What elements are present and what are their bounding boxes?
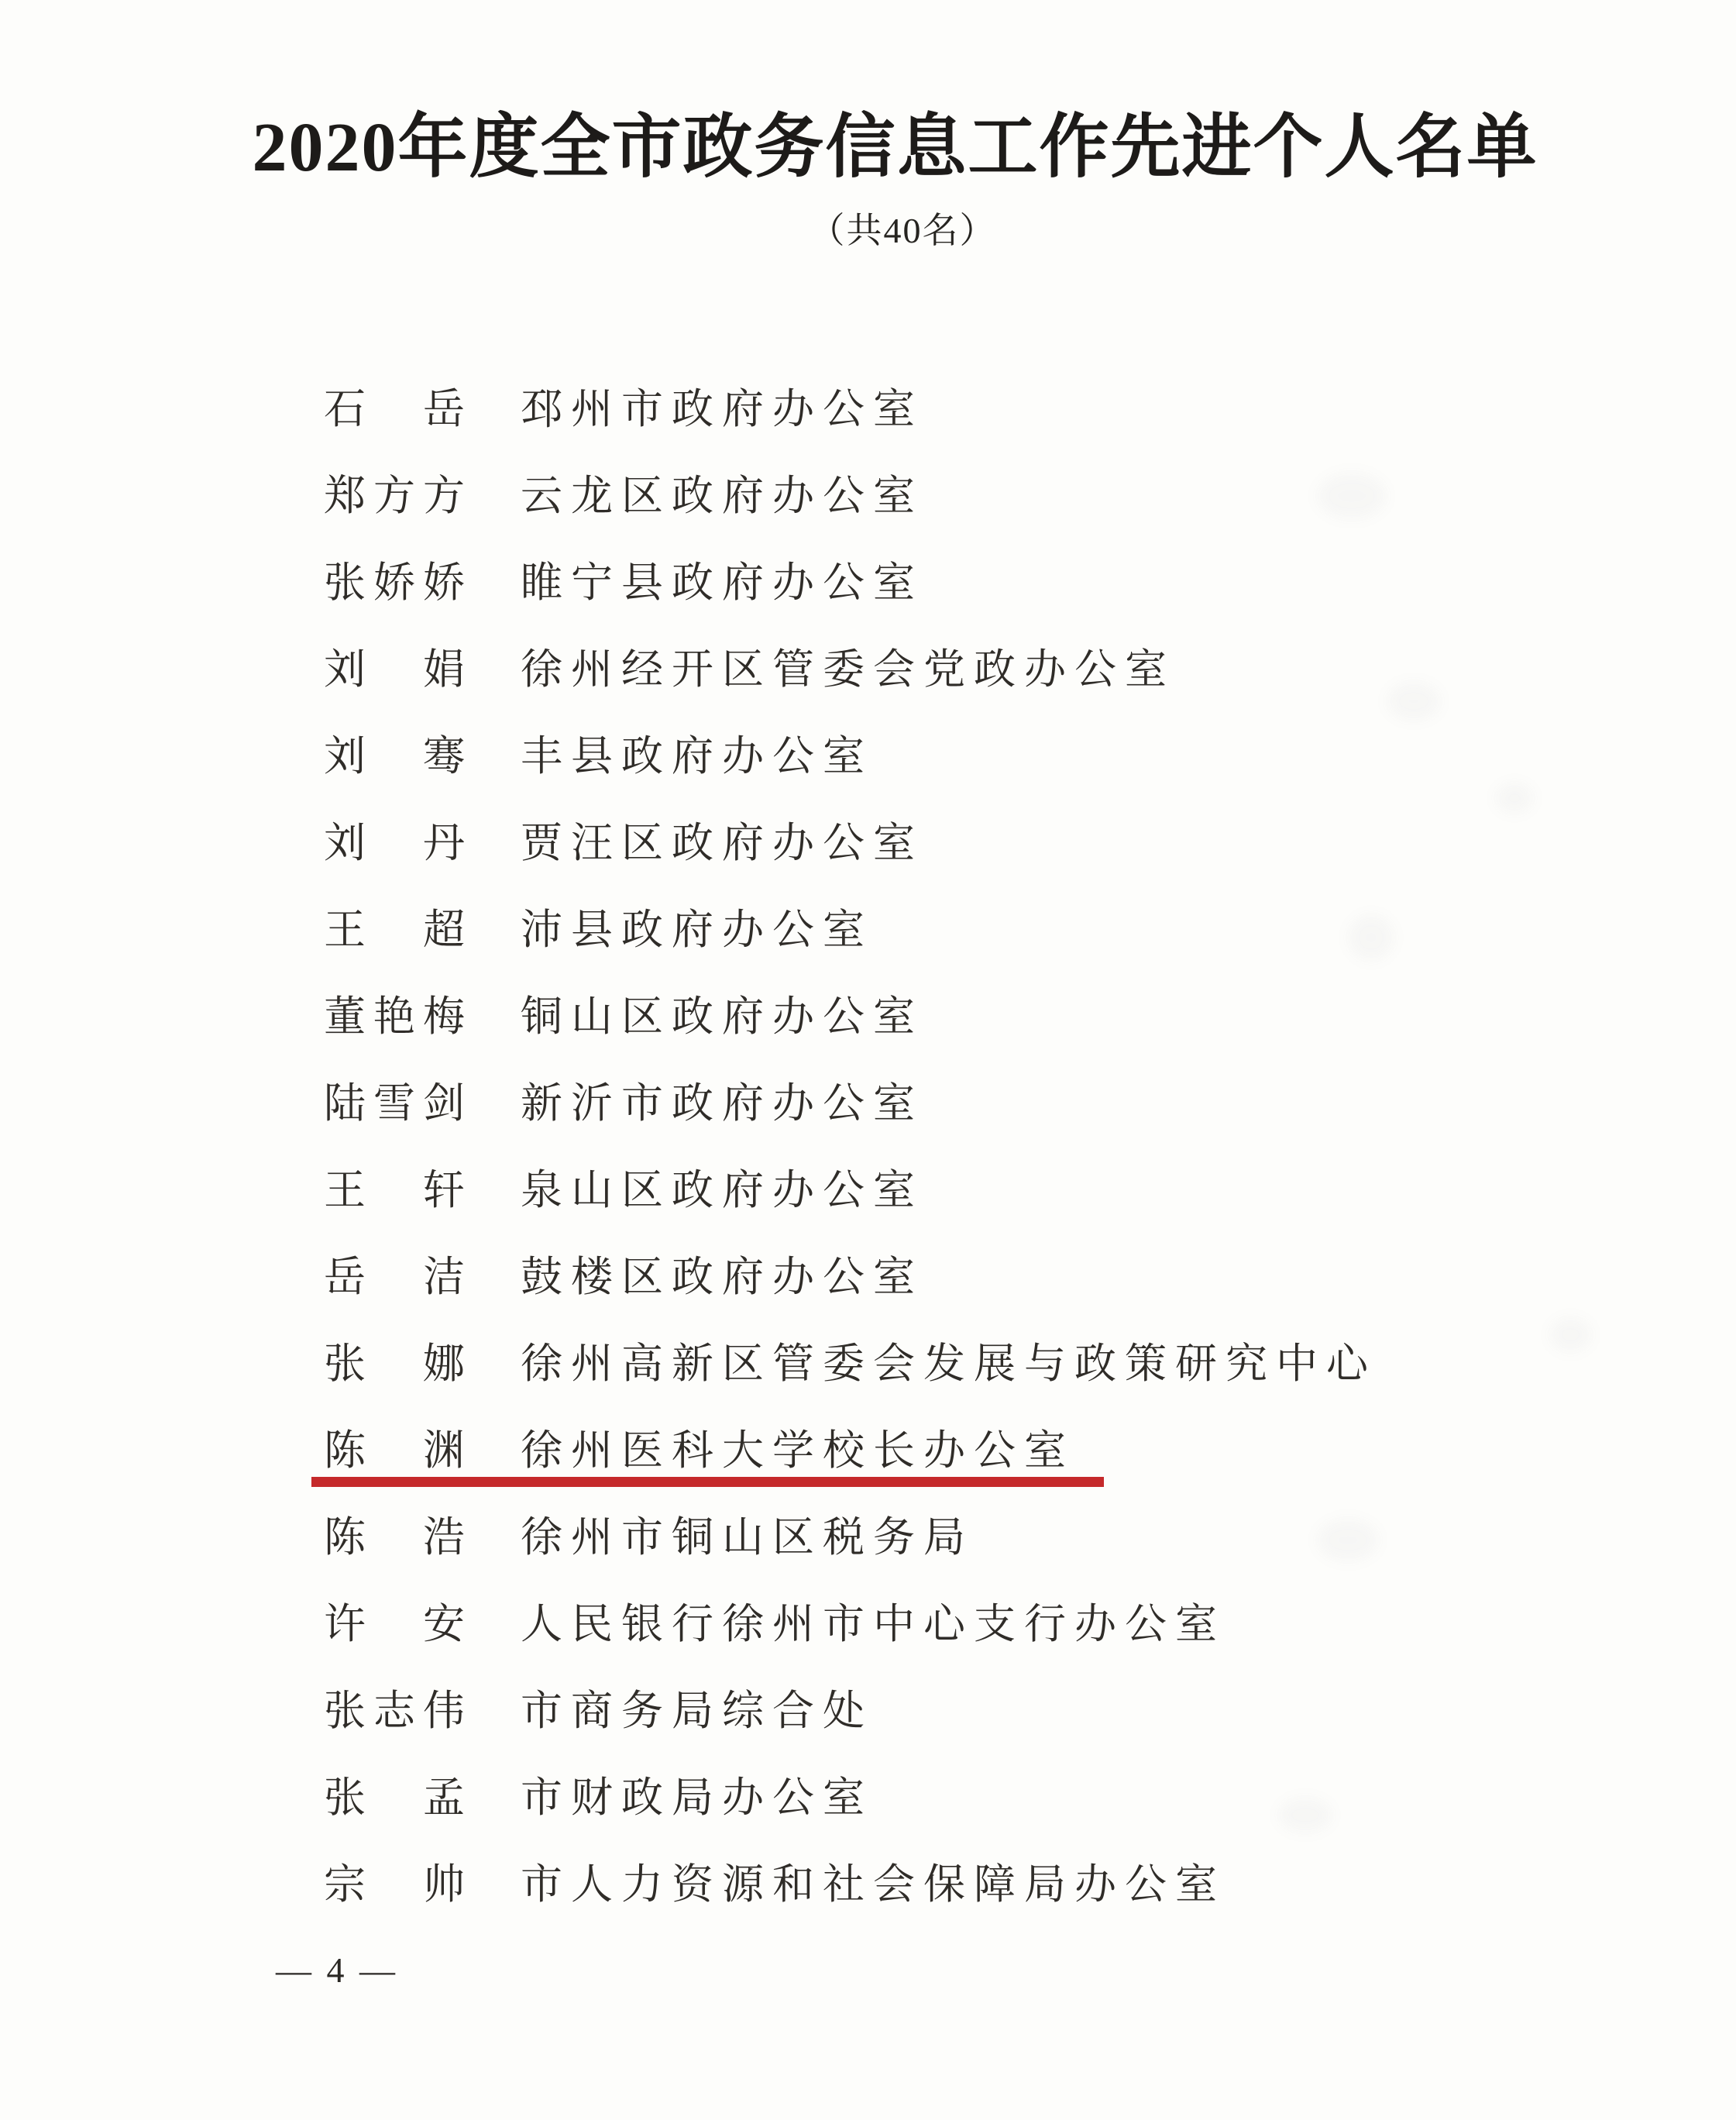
list-item: 宗帅市人力资源和社会保障局办公室 (324, 1863, 1377, 1950)
awardee-organization: 市商务局综合处 (521, 1689, 873, 1733)
list-item: 郑方方云龙区政府办公室 (324, 474, 1377, 561)
awardee-organization: 市人力资源和社会保障局办公室 (521, 1863, 1226, 1906)
list-item: 王轩泉山区政府办公室 (324, 1168, 1377, 1255)
name-character: 安 (423, 1602, 465, 1646)
name-character: 张 (324, 1689, 366, 1733)
awardee-name: 张娜 (324, 1342, 465, 1385)
name-character: 超 (423, 908, 465, 952)
name-character: 艳 (373, 995, 415, 1038)
name-character: 浩 (423, 1516, 465, 1559)
scan-artifact (1317, 1519, 1379, 1561)
name-character: 董 (324, 995, 366, 1038)
awardee-name: 陈浩 (324, 1516, 465, 1559)
list-item: 岳洁鼓楼区政府办公室 (324, 1255, 1377, 1342)
name-character: 王 (324, 1168, 366, 1212)
awardee-organization: 徐州高新区管委会发展与政策研究中心 (521, 1342, 1377, 1385)
name-character: 刘 (324, 735, 366, 778)
awardee-name: 董艳梅 (324, 995, 465, 1038)
name-character: 剑 (423, 1082, 465, 1125)
name-character: 娇 (423, 561, 465, 604)
awardee-name: 张志伟 (324, 1689, 465, 1733)
list-item: 陈浩徐州市铜山区税务局 (324, 1516, 1377, 1602)
name-character: 雪 (373, 1082, 415, 1125)
document-subtitle: （共40名） (0, 209, 1736, 252)
awardee-name: 刘丹 (324, 821, 465, 865)
name-character: 石 (324, 387, 366, 431)
awardee-name: 许安 (324, 1602, 465, 1646)
scan-artifact (1549, 1317, 1592, 1352)
awardee-name: 王轩 (324, 1168, 465, 1212)
awardee-organization: 丰县政府办公室 (521, 735, 873, 778)
list-item: 刘丹贾汪区政府办公室 (324, 821, 1377, 908)
scan-artifact (1278, 1798, 1332, 1833)
name-character: 王 (324, 908, 366, 952)
name-character: 洁 (423, 1255, 465, 1299)
name-character: 志 (373, 1689, 415, 1733)
list-item: 许安人民银行徐州市中心支行办公室 (324, 1602, 1377, 1689)
scan-artifact (1348, 914, 1394, 961)
name-character: 张 (324, 1342, 366, 1385)
list-item: 刘娟徐州经开区管委会党政办公室 (324, 648, 1377, 735)
awardee-name: 刘骞 (324, 735, 465, 778)
awardee-organization: 邳州市政府办公室 (521, 387, 923, 431)
scanned-document-page: 2020年度全市政务信息工作先进个人名单 （共40名） 石岳邳州市政府办公室郑方… (0, 0, 1736, 2120)
awardee-organization: 泉山区政府办公室 (521, 1168, 923, 1212)
awardee-name: 岳洁 (324, 1255, 465, 1299)
name-character: 丹 (423, 821, 465, 865)
awardee-name: 张孟 (324, 1776, 465, 1819)
name-character: 渊 (423, 1429, 465, 1472)
awardee-organization: 徐州医科大学校长办公室 (521, 1429, 1074, 1472)
awardee-organization: 徐州经开区管委会党政办公室 (521, 648, 1175, 691)
name-character: 梅 (423, 995, 465, 1038)
name-character: 骞 (423, 735, 465, 778)
list-item: 陈渊徐州医科大学校长办公室 (324, 1429, 1377, 1516)
awardee-name: 陆雪剑 (324, 1082, 465, 1125)
awardee-organization: 铜山区政府办公室 (521, 995, 923, 1038)
name-character: 宗 (324, 1863, 366, 1906)
name-character: 方 (373, 474, 415, 518)
name-character: 陈 (324, 1516, 366, 1559)
name-character: 娟 (423, 648, 465, 691)
list-item: 张志伟市商务局综合处 (324, 1689, 1377, 1776)
awardee-name: 刘娟 (324, 648, 465, 691)
name-character: 岳 (324, 1255, 366, 1299)
awardee-organization: 市财政局办公室 (521, 1776, 873, 1819)
name-character: 娜 (423, 1342, 465, 1385)
awardee-name: 张娇娇 (324, 561, 465, 604)
list-item: 张孟市财政局办公室 (324, 1776, 1377, 1863)
awardee-name: 郑方方 (324, 474, 465, 518)
list-item: 石岳邳州市政府办公室 (324, 387, 1377, 474)
list-item: 王超沛县政府办公室 (324, 908, 1377, 995)
name-character: 许 (324, 1602, 366, 1646)
name-character: 岳 (423, 387, 465, 431)
awardee-organization: 睢宁县政府办公室 (521, 561, 923, 604)
awardee-organization: 沛县政府办公室 (521, 908, 873, 952)
list-item: 陆雪剑新沂市政府办公室 (324, 1082, 1377, 1168)
scan-artifact (1495, 783, 1534, 814)
list-item: 董艳梅铜山区政府办公室 (324, 995, 1377, 1082)
awardee-organization: 人民银行徐州市中心支行办公室 (521, 1602, 1226, 1646)
name-character: 娇 (373, 561, 415, 604)
scan-artifact (1317, 473, 1387, 519)
name-character: 伟 (423, 1689, 465, 1733)
name-character: 陆 (324, 1082, 366, 1125)
page-number: — 4 — (276, 1953, 398, 1988)
awardee-organization: 新沂市政府办公室 (521, 1082, 923, 1125)
name-character: 方 (423, 474, 465, 518)
highlight-underline (311, 1477, 1104, 1487)
awardee-name: 石岳 (324, 387, 465, 431)
name-character: 张 (324, 561, 366, 604)
awardee-name: 陈渊 (324, 1429, 465, 1472)
name-character: 郑 (324, 474, 366, 518)
awardee-organization: 鼓楼区政府办公室 (521, 1255, 923, 1299)
name-character: 陈 (324, 1429, 366, 1472)
awardee-organization: 贾汪区政府办公室 (521, 821, 923, 865)
awardee-organization: 徐州市铜山区税务局 (521, 1516, 974, 1559)
awardee-list: 石岳邳州市政府办公室郑方方云龙区政府办公室张娇娇睢宁县政府办公室刘娟徐州经开区管… (324, 387, 1377, 1950)
scan-artifact (1387, 682, 1441, 721)
name-character: 孟 (423, 1776, 465, 1819)
awardee-organization: 云龙区政府办公室 (521, 474, 923, 518)
name-character: 帅 (423, 1863, 465, 1906)
name-character: 刘 (324, 648, 366, 691)
list-item: 刘骞丰县政府办公室 (324, 735, 1377, 821)
list-item: 张娇娇睢宁县政府办公室 (324, 561, 1377, 648)
list-item: 张娜徐州高新区管委会发展与政策研究中心 (324, 1342, 1377, 1429)
name-character: 张 (324, 1776, 366, 1819)
awardee-name: 宗帅 (324, 1863, 465, 1906)
name-character: 轩 (423, 1168, 465, 1212)
document-title: 2020年度全市政务信息工作先进个人名单 (0, 113, 1736, 183)
name-character: 刘 (324, 821, 366, 865)
awardee-name: 王超 (324, 908, 465, 952)
